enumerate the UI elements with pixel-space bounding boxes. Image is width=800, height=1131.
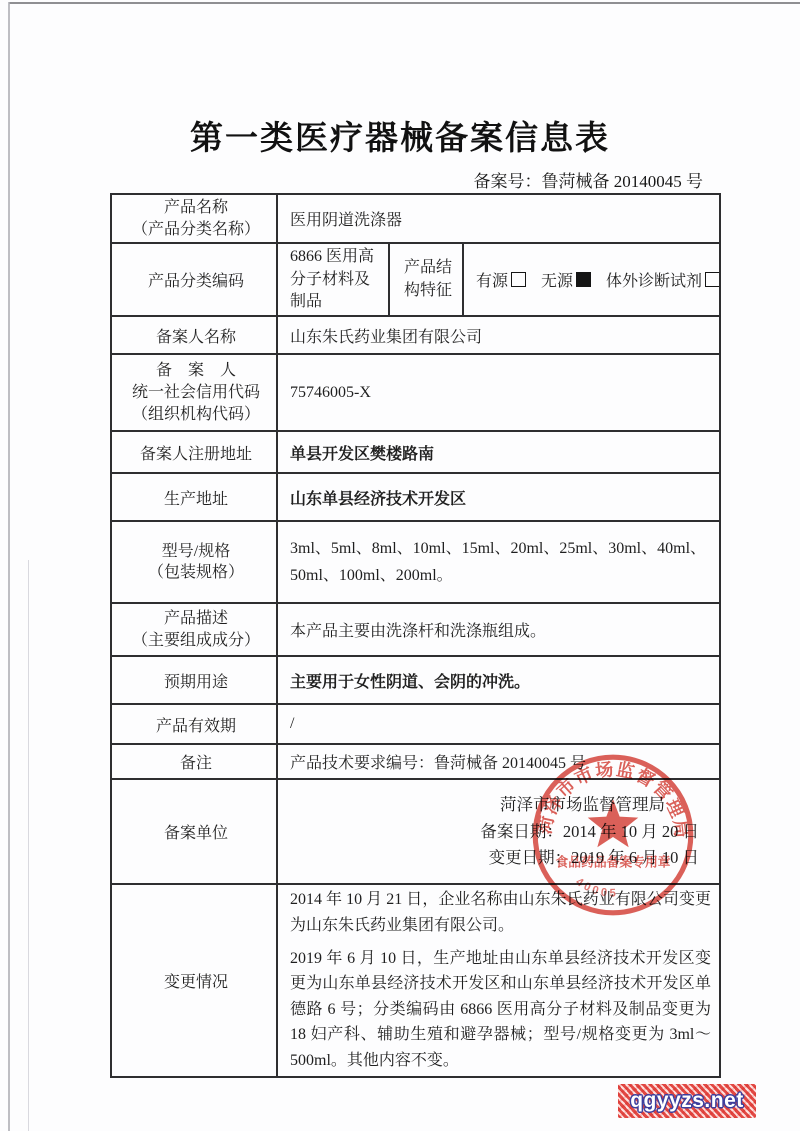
credit-code-value: 75746005-X — [277, 354, 720, 431]
scan-edge-fold — [28, 560, 29, 1131]
site-watermark: qgyyzs.net — [618, 1084, 756, 1118]
checkbox-ivd[interactable] — [705, 272, 720, 287]
model-spec-value: 3ml、5ml、8ml、10ml、15ml、20ml、25ml、30ml、40m… — [277, 521, 720, 603]
option-ivd: 体外诊断试剂 — [606, 268, 720, 291]
credit-code-label: 备 案 人 统一社会信用代码 （组织机构代码） — [111, 354, 277, 431]
row-credit-code: 备 案 人 统一社会信用代码 （组织机构代码） 75746005-X — [111, 354, 720, 431]
structure-feature-options: 有源 无源 体外诊断试剂 — [463, 243, 720, 316]
intended-use-label: 预期用途 — [111, 656, 277, 704]
row-model-spec: 型号/规格 （包装规格） 3ml、5ml、8ml、10ml、15ml、20ml、… — [111, 521, 720, 603]
scan-edge-left — [8, 2, 10, 1131]
model-spec-label: 型号/规格 （包装规格） — [111, 521, 277, 603]
row-class-code: 产品分类编码 6866 医用高分子材料及制品 产品结 构特征 有源 无源 — [111, 243, 720, 316]
option-powered: 有源 — [476, 268, 526, 291]
checkbox-powered[interactable] — [511, 272, 526, 287]
change-date: 变更日期：2019 年 6 月 10 日 — [290, 845, 699, 871]
row-intended-use: 预期用途 主要用于女性阴道、会阴的冲洗。 — [111, 656, 720, 704]
filing-unit-label: 备案单位 — [111, 779, 277, 884]
production-address-label: 生产地址 — [111, 473, 277, 521]
change-paragraph-2: 2019 年 6 月 10 日，生产地址由山东单县经济技术开发区变更为山东单县经… — [290, 946, 711, 1074]
checkbox-unpowered[interactable] — [576, 272, 591, 287]
row-changes: 变更情况 2014 年 10 月 21 日，企业名称由山东朱氏药业有限公司变更为… — [111, 884, 720, 1076]
filing-unit-value: 菏泽市市场监督管理局 备案日期：2014 年 10 月 20 日 变更日期：20… — [277, 779, 720, 884]
description-label: 产品描述 （主要组成成分） — [111, 603, 277, 656]
product-name-value: 医用阴道洗涤器 — [277, 194, 720, 243]
record-number: 备案号：鲁菏械备 20140045 号 — [474, 167, 704, 192]
registered-address-label: 备案人注册地址 — [111, 431, 277, 473]
filing-agency: 菏泽市市场监督管理局 — [290, 792, 665, 818]
structure-feature-label: 产品结 构特征 — [389, 243, 463, 316]
option-unpowered: 无源 — [541, 268, 591, 291]
changes-label: 变更情况 — [111, 884, 277, 1076]
row-remark: 备注 产品技术要求编号：鲁菏械备 20140045 号 — [111, 744, 720, 779]
row-description: 产品描述 （主要组成成分） 本产品主要由洗涤杆和洗涤瓶组成。 — [111, 603, 720, 656]
registered-address-value: 单县开发区樊楼路南 — [277, 431, 720, 473]
watermark-text: qgyyzs.net — [630, 1089, 744, 1113]
scanned-document-page: 第一类医疗器械备案信息表 备案号：鲁菏械备 20140045 号 产品名称 （产… — [0, 0, 800, 1131]
row-filing-unit: 备案单位 菏泽市市场监督管理局 备案日期：2014 年 10 月 20 日 变更… — [111, 779, 720, 884]
changes-value: 2014 年 10 月 21 日，企业名称由山东朱氏药业有限公司变更为山东朱氏药… — [277, 884, 720, 1076]
description-value: 本产品主要由洗涤杆和洗涤瓶组成。 — [277, 603, 720, 656]
product-name-label: 产品名称 （产品分类名称） — [111, 194, 277, 243]
change-paragraph-1: 2014 年 10 月 21 日，企业名称由山东朱氏药业有限公司变更为山东朱氏药… — [290, 887, 711, 938]
row-validity: 产品有效期 / — [111, 704, 720, 744]
filer-name-label: 备案人名称 — [111, 316, 277, 354]
page-title: 第一类医疗器械备案信息表 — [0, 112, 800, 159]
intended-use-value: 主要用于女性阴道、会阴的冲洗。 — [277, 656, 720, 704]
remark-value: 产品技术要求编号：鲁菏械备 20140045 号 — [277, 744, 720, 779]
filer-name-value: 山东朱氏药业集团有限公司 — [277, 316, 720, 354]
class-code-label: 产品分类编码 — [111, 243, 277, 316]
validity-label: 产品有效期 — [111, 704, 277, 744]
row-production-address: 生产地址 山东单县经济技术开发区 — [111, 473, 720, 521]
scan-edge-top — [9, 2, 800, 4]
remark-label: 备注 — [111, 744, 277, 779]
filing-info-table: 产品名称 （产品分类名称） 医用阴道洗涤器 产品分类编码 6866 医用高分子材… — [110, 193, 721, 1078]
production-address-value: 山东单县经济技术开发区 — [277, 473, 720, 521]
row-product-name: 产品名称 （产品分类名称） 医用阴道洗涤器 — [111, 194, 720, 243]
validity-value: / — [277, 704, 720, 744]
class-code-value: 6866 医用高分子材料及制品 — [277, 243, 389, 316]
row-filer-name: 备案人名称 山东朱氏药业集团有限公司 — [111, 316, 720, 354]
filing-date: 备案日期：2014 年 10 月 20 日 — [290, 819, 699, 845]
row-registered-address: 备案人注册地址 单县开发区樊楼路南 — [111, 431, 720, 473]
